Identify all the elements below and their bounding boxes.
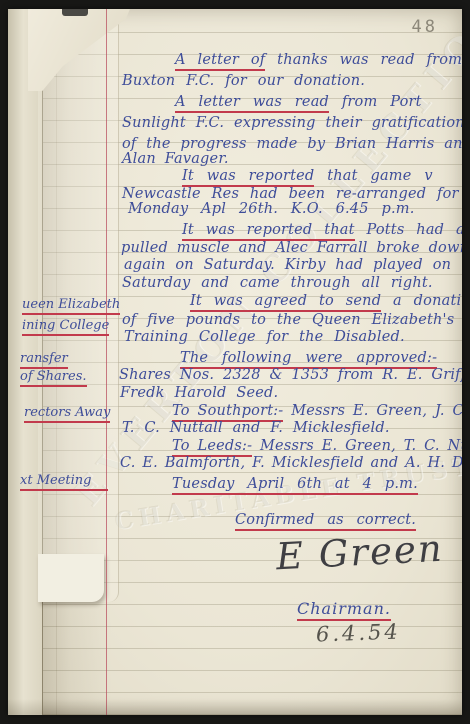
minute-line: The following were approved:- bbox=[180, 350, 437, 366]
margin-note: ransfer bbox=[20, 351, 68, 369]
red-underlined-phrase: A letter of bbox=[175, 52, 265, 71]
red-underlined-phrase: It was reported bbox=[182, 168, 314, 187]
margin-note: xt Meeting bbox=[20, 473, 108, 491]
chairman-signature: E Green bbox=[275, 527, 445, 579]
margin-note: ining College bbox=[22, 318, 109, 336]
minute-line: pulled muscle and Alec Farrall broke dow… bbox=[121, 240, 462, 256]
red-underlined-phrase: Confirmed as correct. bbox=[235, 512, 416, 531]
minute-line: Confirmed as correct. bbox=[235, 512, 416, 528]
minute-line: It was reported that Potts had a bbox=[182, 222, 462, 238]
minute-line: Fredk Harold Seed. bbox=[120, 385, 278, 401]
minute-line: It was agreed to send a donation bbox=[190, 293, 462, 309]
red-underlined-phrase: It was reported that bbox=[182, 222, 355, 241]
minute-line: Tuesday April 6th at 4 p.m. bbox=[172, 476, 418, 492]
chairman-label: Chairman. bbox=[297, 599, 391, 621]
red-underlined-phrase: It was agreed to send bbox=[190, 293, 381, 312]
minute-line: Newcastle Res had been re-arranged for bbox=[122, 186, 459, 202]
minute-line: To Leeds:- Messrs E. Green, T. C. Nuttal… bbox=[172, 438, 462, 454]
minute-line: Monday Apl 26th. K.O. 6.45 p.m. bbox=[128, 201, 415, 217]
red-underlined-phrase: Tuesday April 6th at 4 p.m. bbox=[172, 476, 418, 495]
minute-line: Alan Favager. bbox=[122, 151, 229, 167]
minute-line: C. E. Balmforth, F. Micklesfield and A. … bbox=[120, 455, 462, 471]
minute-line: A letter of thanks was read from bbox=[175, 52, 462, 68]
margin-note: ueen Elizabeth bbox=[22, 297, 120, 315]
page-number: 48 bbox=[412, 17, 438, 37]
minute-line: Sunlight F.C. expressing their gratifica… bbox=[122, 115, 462, 131]
confirmation-date: 6.4.54 bbox=[316, 620, 402, 647]
page-bottom-shadow bbox=[8, 699, 462, 715]
binding-tape bbox=[62, 9, 88, 16]
minute-line: Shares Nos. 2328 & 1353 from R. E. Griff… bbox=[119, 367, 462, 383]
minute-line: To Southport:- Messrs E. Green, J. C. Sh… bbox=[172, 403, 462, 419]
margin-note: rectors Away bbox=[24, 405, 110, 423]
minute-line: Saturday and came through all right. bbox=[122, 275, 433, 291]
minute-line: Training College for the Disabled. bbox=[124, 329, 405, 345]
minute-line: Buxton F.C. for our donation. bbox=[122, 73, 365, 89]
red-underlined-phrase: A letter was read bbox=[175, 94, 329, 113]
minute-line: again on Saturday. Kirby had played on bbox=[124, 257, 451, 273]
minute-book-page: EVERTON COLLECTION CHARITABLE TRUST 48 u… bbox=[8, 9, 462, 715]
minute-line: of five pounds to the Queen Elizabeth's bbox=[122, 312, 454, 328]
red-margin-rule bbox=[106, 9, 107, 715]
interleaf-corner bbox=[38, 554, 104, 602]
minute-line: T. C. Nuttall and F. Micklesfield. bbox=[122, 420, 390, 436]
photographed-minute-book: EVERTON COLLECTION CHARITABLE TRUST 48 u… bbox=[0, 0, 470, 724]
margin-note: of Shares. bbox=[20, 369, 87, 387]
minute-line: A letter was read from Port bbox=[175, 94, 422, 110]
minute-line: of the progress made by Brian Harris and bbox=[122, 136, 462, 152]
minute-line: It was reported that game v bbox=[182, 168, 433, 184]
